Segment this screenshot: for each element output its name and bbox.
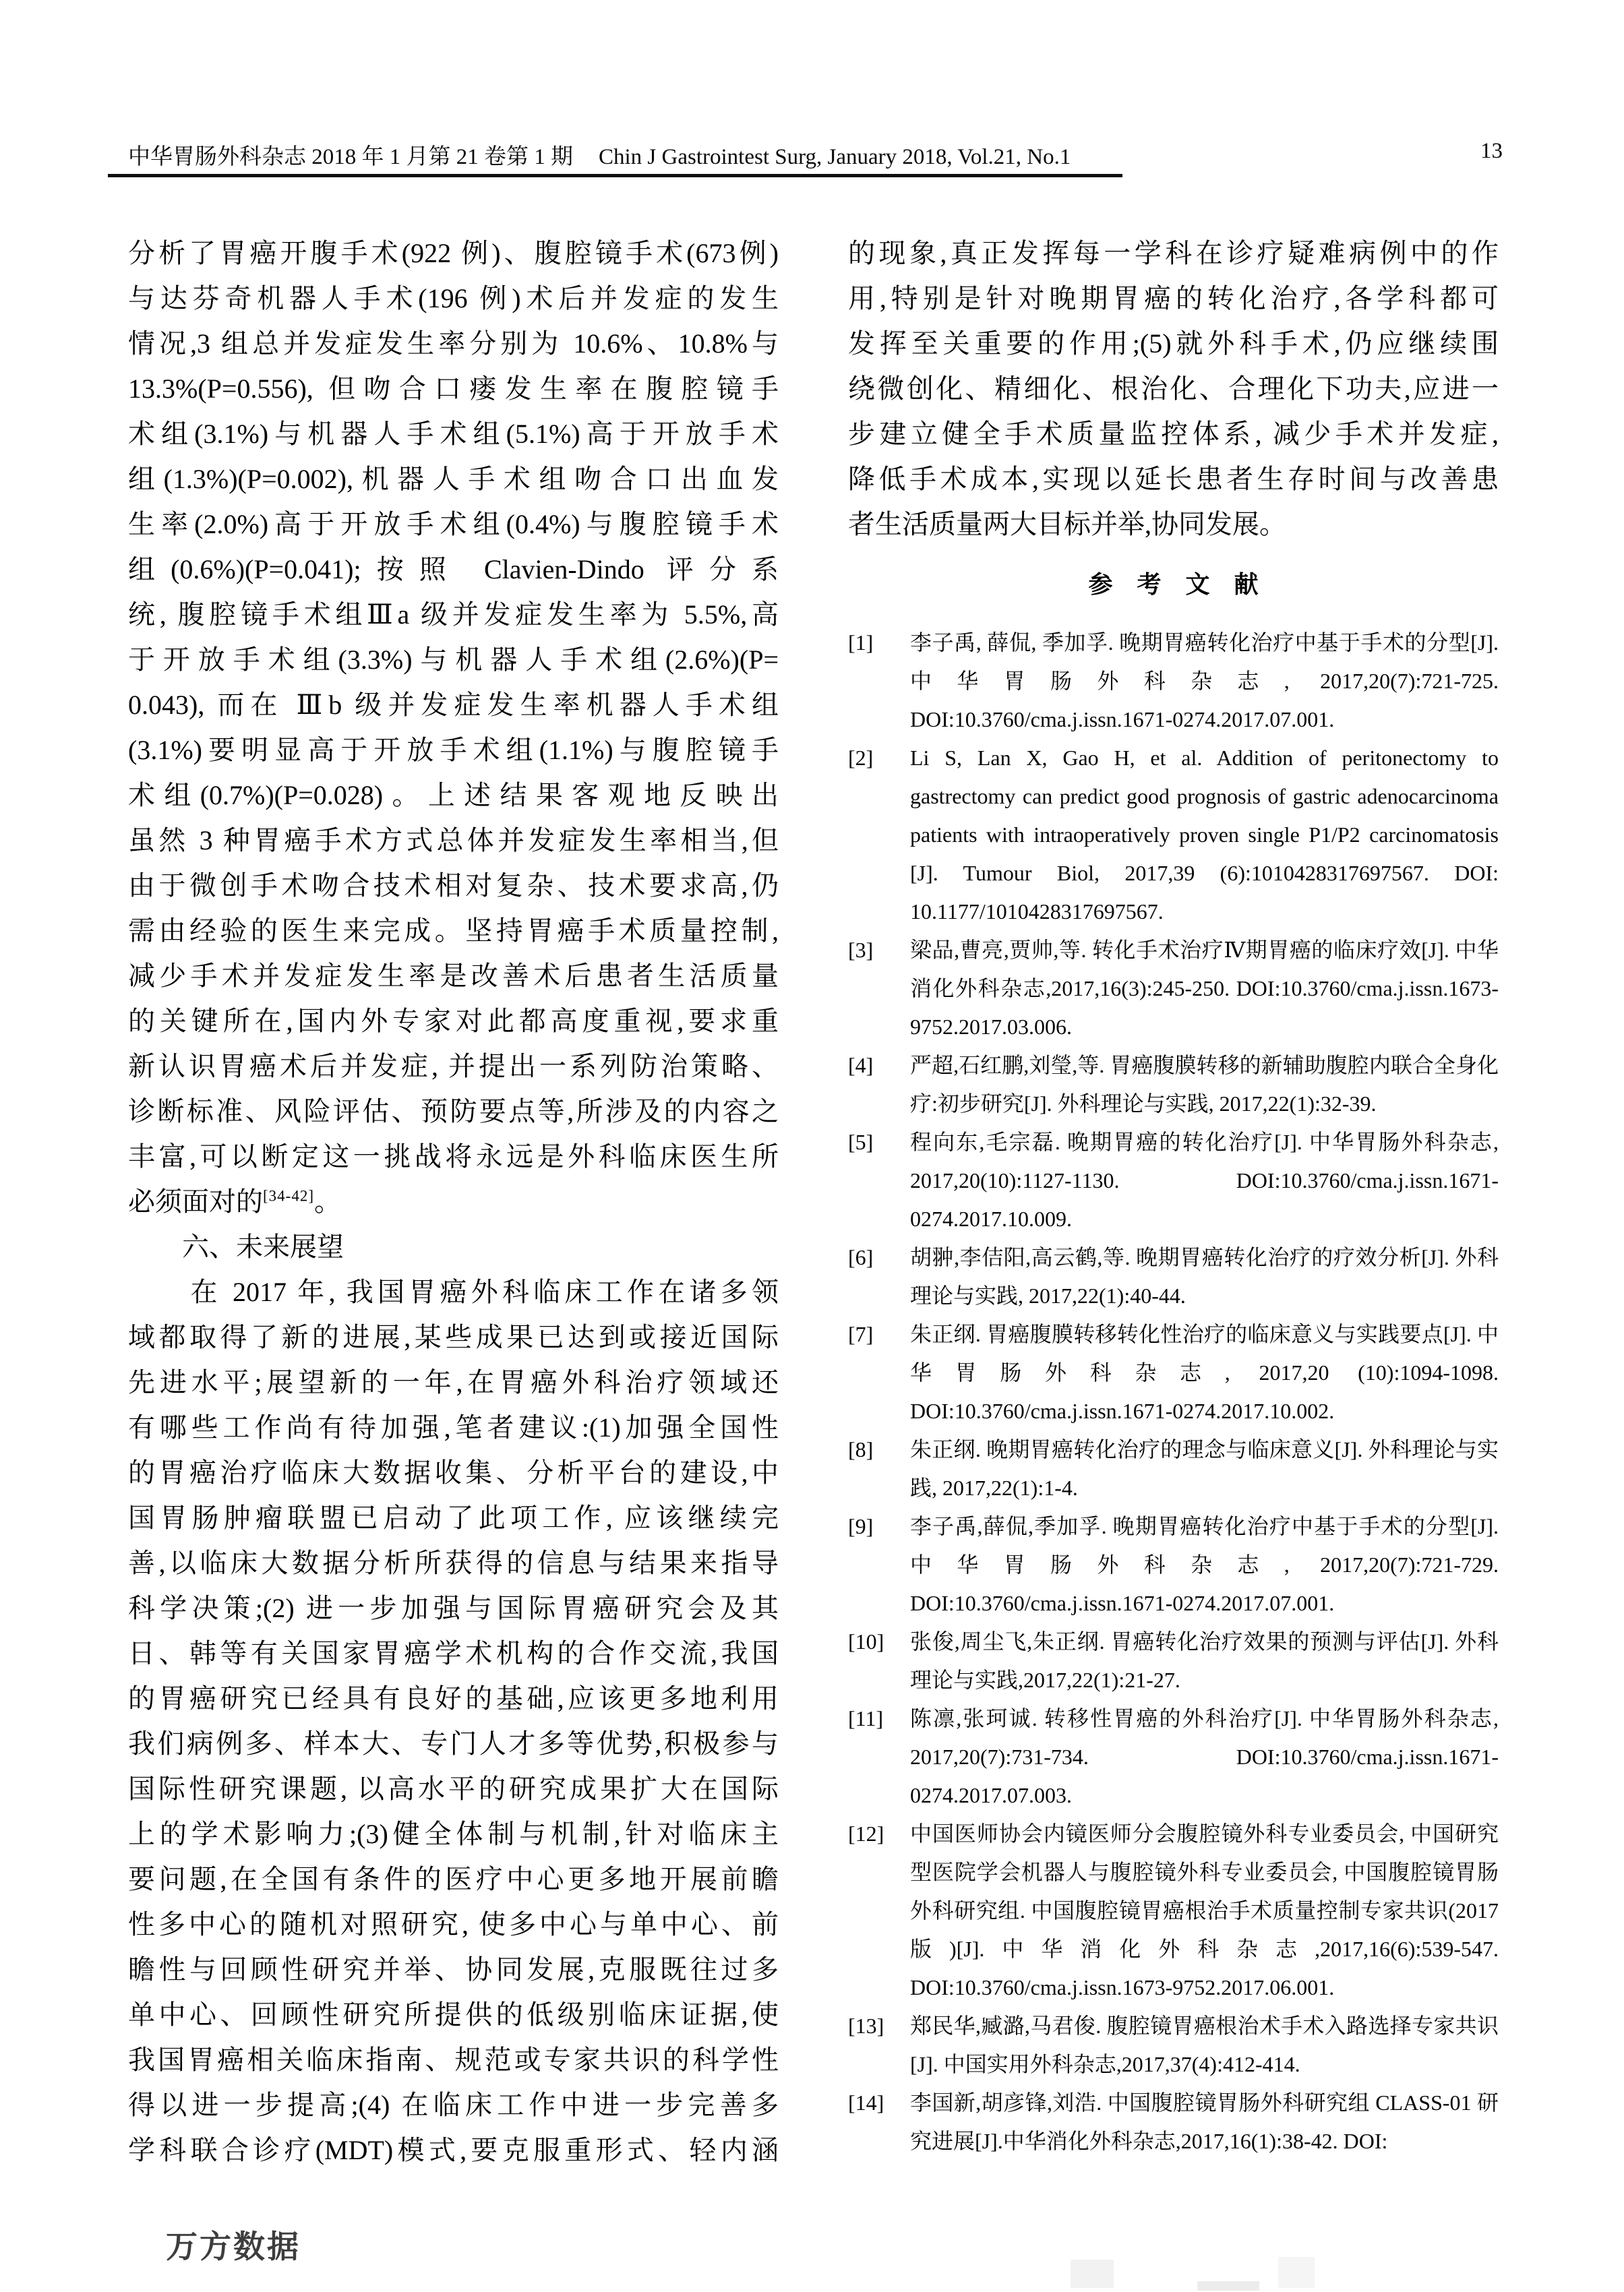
body-line: 先进水平;展望新的一年,在胃癌外科治疗领域还: [128, 1360, 779, 1405]
journal-title-cn: 中华胃肠外科杂志 2018 年 1 月第 21 卷第 1 期: [128, 145, 573, 169]
wanfang-watermark: 万方数据: [166, 2222, 301, 2267]
body-line: 者生活质量两大目标并举,协同发展。: [848, 502, 1499, 547]
reference-number: [6]: [848, 1238, 873, 1277]
reference-text: 程向东,毛宗磊. 晚期胃癌的转化治疗[J]. 中华胃肠外科杂志, 2017,20…: [910, 1130, 1499, 1231]
left-column: 分析了胃癌开腹手术(922 例)、腹腔镜手术(673例)与达芬奇机器人手术(19…: [128, 231, 779, 2173]
body-line: 发挥至关重要的作用;(5)就外科手术,仍应继续围: [848, 321, 1499, 366]
left-paragraph-2: 在 2017 年, 我国胃癌外科临床工作在诸多领域都取得了新的进展,某些成果已达…: [128, 1269, 779, 2173]
right-column: 的现象,真正发挥每一学科在诊疗疑难病例中的作用,特别是针对晚期胃癌的转化治疗,各…: [848, 231, 1499, 2161]
reference-number: [7]: [848, 1315, 873, 1354]
body-line: 虽然 3 种胃癌手术方式总体并发症发生率相当,但: [128, 818, 779, 863]
body-line: 减少手术并发症发生率是改善术后患者生活质量: [128, 953, 779, 998]
scan-artifact: [1071, 2260, 1114, 2288]
body-line: 需由经验的医生来完成。坚持胃癌手术质量控制,: [128, 908, 779, 953]
right-paragraph: 的现象,真正发挥每一学科在诊疗疑难病例中的作用,特别是针对晚期胃癌的转化治疗,各…: [848, 231, 1499, 502]
body-line: 学科联合诊疗(MDT)模式,要克服重形式、轻内涵: [128, 2128, 779, 2173]
reference-list: [1]李子禹, 薛侃, 季加孚. 晚期胃癌转化治疗中基于手术的分型[J].中华胃…: [848, 624, 1499, 2161]
reference-item: [8]朱正纲. 晚期胃癌转化治疗的理念与临床意义[J]. 外科理论与实践, 20…: [848, 1430, 1499, 1507]
body-line: 瞻性与回顾性研究并举、协同发展,克服既往过多: [128, 1947, 779, 1992]
section-heading: 六、未来展望: [128, 1224, 779, 1269]
body-line: 丰富,可以断定这一挑战将永远是外科临床医生所: [128, 1134, 779, 1179]
reference-item: [1]李子禹, 薛侃, 季加孚. 晚期胃癌转化治疗中基于手术的分型[J].中华胃…: [848, 624, 1499, 739]
body-line: 13.3%(P=0.556), 但吻合口瘘发生率在腹腔镜手: [128, 366, 779, 411]
body-line: 的胃癌研究已经具有良好的基础,应该更多地利用: [128, 1676, 779, 1721]
body-line: 统, 腹腔镜手术组Ⅲa 级并发症发生率为 5.5%,高: [128, 592, 779, 637]
body-line: 与达芬奇机器人手术(196 例)术后并发症的发生: [128, 276, 779, 321]
body-line: 在 2017 年, 我国胃癌外科临床工作在诸多领: [128, 1269, 779, 1315]
reference-number: [14]: [848, 2084, 884, 2122]
body-line: 于开放手术组(3.3%)与机器人手术组(2.6%)(P=: [128, 637, 779, 682]
body-line: 的关键所在,国内外专家对此都高度重视,要求重: [128, 998, 779, 1044]
references-heading: 参 考 文 献: [848, 564, 1499, 605]
body-line: 日、韩等有关国家胃癌学术机构的合作交流,我国: [128, 1631, 779, 1676]
body-line: 我国胃癌相关临床指南、规范或专家共识的科学性: [128, 2037, 779, 2082]
citation-superscript: [34-42]: [263, 1188, 314, 1205]
reference-number: [12]: [848, 1815, 884, 1853]
reference-number: [5]: [848, 1123, 873, 1162]
journal-title-en: Chin J Gastrointest Surg, January 2018, …: [599, 145, 1071, 169]
body-line-with-citation: 必须面对的[34-42]。: [128, 1179, 779, 1224]
reference-text: 朱正纲. 胃癌腹膜转移转化性治疗的临床意义与实践要点[J]. 中华胃肠外科杂志,…: [910, 1322, 1499, 1423]
reference-number: [2]: [848, 739, 873, 777]
reference-number: [9]: [848, 1507, 873, 1546]
body-line: 科学决策;(2) 进一步加强与国际胃癌研究会及其: [128, 1586, 779, 1631]
body-line: 得以进一步提高;(4) 在临床工作中进一步完善多: [128, 2082, 779, 2128]
reference-text: 郑民华,臧潞,马君俊. 腹腔镜胃癌根治术手术入路选择专家共识[J]. 中国实用外…: [910, 2014, 1499, 2076]
body-line: 情况,3 组总并发症发生率分别为 10.6%、10.8%与: [128, 321, 779, 366]
reference-text: 梁品,曹亮,贾帅,等. 转化手术治疗Ⅳ期胃癌的临床疗效[J]. 中华消化外科杂志…: [910, 938, 1499, 1039]
body-line: 新认识胃癌术后并发症, 并提出一系列防治策略、: [128, 1044, 779, 1089]
body-line: 由于微创手术吻合技术相对复杂、技术要求高,仍: [128, 863, 779, 908]
body-line: 单中心、回顾性研究所提供的低级别临床证据,使: [128, 1992, 779, 2037]
reference-item: [7]朱正纲. 胃癌腹膜转移转化性治疗的临床意义与实践要点[J]. 中华胃肠外科…: [848, 1315, 1499, 1430]
reference-item: [13]郑民华,臧潞,马君俊. 腹腔镜胃癌根治术手术入路选择专家共识[J]. 中…: [848, 2007, 1499, 2084]
body-line: 生率(2.0%)高于开放手术组(0.4%)与腹腔镜手术: [128, 502, 779, 547]
body-text: 。: [314, 1186, 341, 1217]
reference-number: [10]: [848, 1623, 884, 1661]
reference-text: 胡翀,李佶阳,高云鹤,等. 晚期胃癌转化治疗的疗效分析[J]. 外科理论与实践,…: [910, 1245, 1499, 1308]
page-header: 中华胃肠外科杂志 2018 年 1 月第 21 卷第 1 期Chin J Gas…: [128, 139, 1071, 171]
body-line: 0.043), 而在 Ⅲb 级并发症发生率机器人手术组: [128, 682, 779, 727]
left-paragraph-1: 分析了胃癌开腹手术(922 例)、腹腔镜手术(673例)与达芬奇机器人手术(19…: [128, 231, 779, 1179]
reference-item: [11]陈凛,张珂诚. 转移性胃癌的外科治疗[J]. 中华胃肠外科杂志, 201…: [848, 1699, 1499, 1815]
reference-text: Li S, Lan X, Gao H, et al. Addition of p…: [910, 746, 1499, 924]
reference-text: 李子禹,薛侃,季加孚. 晚期胃癌转化治疗中基于手术的分型[J]. 中华胃肠外科杂…: [910, 1514, 1499, 1615]
body-line: 性多中心的随机对照研究, 使多中心与单中心、前: [128, 1902, 779, 1947]
reference-text: 陈凛,张珂诚. 转移性胃癌的外科治疗[J]. 中华胃肠外科杂志, 2017,20…: [910, 1706, 1499, 1807]
reference-text: 李子禹, 薛侃, 季加孚. 晚期胃癌转化治疗中基于手术的分型[J].中华胃肠外科…: [910, 630, 1499, 731]
scan-artifact: [1197, 2281, 1259, 2291]
reference-item: [9]李子禹,薛侃,季加孚. 晚期胃癌转化治疗中基于手术的分型[J]. 中华胃肠…: [848, 1507, 1499, 1623]
reference-text: 朱正纲. 晚期胃癌转化治疗的理念与临床意义[J]. 外科理论与实践, 2017,…: [910, 1437, 1499, 1500]
body-line: 步建立健全手术质量监控体系, 减少手术并发症,: [848, 411, 1499, 456]
body-line: 组(1.3%)(P=0.002),机器人手术组吻合口出血发: [128, 456, 779, 502]
body-line: 国胃肠肿瘤联盟已启动了此项工作, 应该继续完: [128, 1495, 779, 1540]
reference-number: [4]: [848, 1046, 873, 1085]
reference-number: [1]: [848, 624, 873, 662]
body-line: 要问题,在全国有条件的医疗中心更多地开展前瞻: [128, 1857, 779, 1902]
reference-number: [11]: [848, 1699, 883, 1738]
reference-item: [12]中国医师协会内镜医师分会腹腔镜外科专业委员会, 中国研究型医院学会机器人…: [848, 1815, 1499, 2007]
body-line: 域都取得了新的进展,某些成果已达到或接近国际: [128, 1315, 779, 1360]
reference-text: 严超,石红鹏,刘瑩,等. 胃癌腹膜转移的新辅助腹腔内联合全身化疗:初步研究[J]…: [910, 1053, 1499, 1116]
body-line: 有哪些工作尚有待加强,笔者建议:(1)加强全国性: [128, 1405, 779, 1450]
page-number: 13: [1480, 139, 1503, 164]
scan-artifact: [1278, 2257, 1315, 2288]
reference-text: 张俊,周尘飞,朱正纲. 胃癌转化治疗效果的预测与评估[J]. 外科理论与实践,2…: [910, 1629, 1499, 1692]
reference-item: [2]Li S, Lan X, Gao H, et al. Addition o…: [848, 739, 1499, 931]
header-rule: [108, 174, 1122, 177]
body-line: 善,以临床大数据分析所获得的信息与结果来指导: [128, 1540, 779, 1586]
body-line: 的胃癌治疗临床大数据收集、分析平台的建设,中: [128, 1450, 779, 1495]
body-text: 必须面对的: [128, 1186, 263, 1217]
body-line: 绕微创化、精细化、根治化、合理化下功夫,应进一: [848, 366, 1499, 411]
body-line: 降低手术成本,实现以延长患者生存时间与改善患: [848, 456, 1499, 502]
reference-item: [10]张俊,周尘飞,朱正纲. 胃癌转化治疗效果的预测与评估[J]. 外科理论与…: [848, 1623, 1499, 1699]
body-line: 术组(3.1%)与机器人手术组(5.1%)高于开放手术: [128, 411, 779, 456]
reference-text: 中国医师协会内镜医师分会腹腔镜外科专业委员会, 中国研究型医院学会机器人与腹腔镜…: [910, 1821, 1499, 1999]
body-line: (3.1%)要明显高于开放手术组(1.1%)与腹腔镜手: [128, 727, 779, 773]
body-line: 诊断标准、风险评估、预防要点等,所涉及的内容之: [128, 1089, 779, 1134]
reference-number: [8]: [848, 1430, 873, 1469]
reference-text: 李国新,胡彦锋,刘浩. 中国腹腔镜胃肠外科研究组 CLASS-01 研究进展[J…: [910, 2090, 1499, 2153]
body-line: 分析了胃癌开腹手术(922 例)、腹腔镜手术(673例): [128, 231, 779, 276]
body-line: 术组(0.7%)(P=0.028)。上述结果客观地反映出: [128, 773, 779, 818]
reference-item: [4]严超,石红鹏,刘瑩,等. 胃癌腹膜转移的新辅助腹腔内联合全身化疗:初步研究…: [848, 1046, 1499, 1123]
body-line: 我们病例多、样本大、专门人才多等优势,积极参与: [128, 1721, 779, 1766]
reference-item: [5]程向东,毛宗磊. 晚期胃癌的转化治疗[J]. 中华胃肠外科杂志, 2017…: [848, 1123, 1499, 1238]
body-line: 用,特别是针对晚期胃癌的转化治疗,各学科都可: [848, 276, 1499, 321]
body-line: 国际性研究课题, 以高水平的研究成果扩大在国际: [128, 1766, 779, 1811]
body-line: 的现象,真正发挥每一学科在诊疗疑难病例中的作: [848, 231, 1499, 276]
reference-number: [3]: [848, 931, 873, 969]
reference-item: [6]胡翀,李佶阳,高云鹤,等. 晚期胃癌转化治疗的疗效分析[J]. 外科理论与…: [848, 1238, 1499, 1315]
body-line: 上的学术影响力;(3)健全体制与机制,针对临床主: [128, 1811, 779, 1857]
reference-number: [13]: [848, 2007, 884, 2045]
reference-item: [3]梁品,曹亮,贾帅,等. 转化手术治疗Ⅳ期胃癌的临床疗效[J]. 中华消化外…: [848, 931, 1499, 1046]
body-line: 组(0.6%)(P=0.041);按照 Clavien-Dindo 评分系: [128, 547, 779, 592]
reference-item: [14]李国新,胡彦锋,刘浩. 中国腹腔镜胃肠外科研究组 CLASS-01 研究…: [848, 2084, 1499, 2161]
